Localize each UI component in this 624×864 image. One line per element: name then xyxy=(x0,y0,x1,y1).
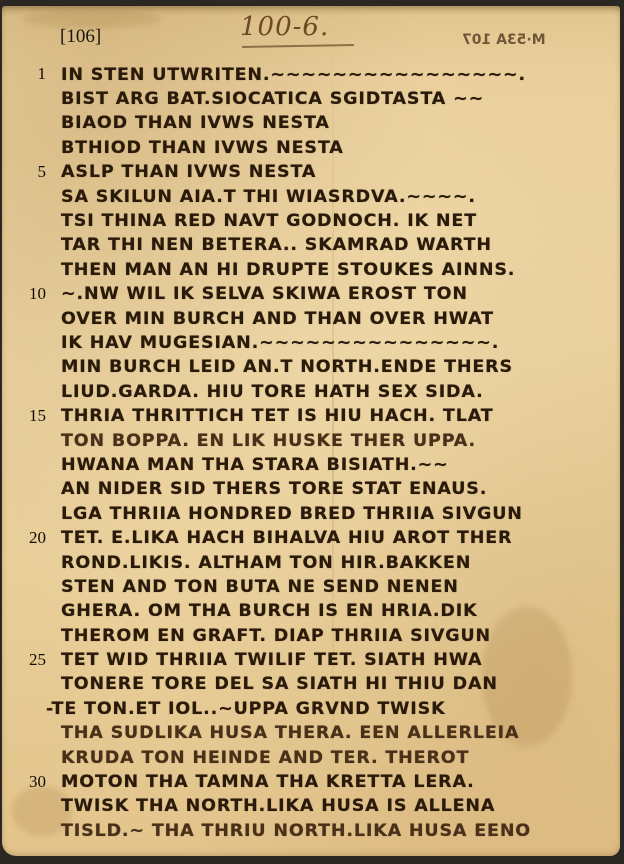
manuscript-line: LIUD.GARDA. HIU TORE HATH SEX SIDA. xyxy=(0,379,624,403)
line-number: 1 xyxy=(22,64,46,84)
manuscript-line: THEROM EN GRAFT. DIAP THRIIA SIVGUN xyxy=(0,623,624,647)
manuscript-line: HWANA MAN THA STARA BISIATH.~~ xyxy=(0,452,624,476)
line-text: TISLD.~ THA THRIU NORTH.LIKA HUSA EENO xyxy=(61,821,531,840)
manuscript-line: -TE TON.ET IOL..~UPPA GRVND TWISK xyxy=(0,696,624,720)
line-text: IK HAV MUGESIAN.~~~~~~~~~~~~~~~. xyxy=(61,333,499,352)
line-text: TAR THI NEN BETERA.. SKAMRAD WARTH xyxy=(61,235,492,254)
manuscript-line: TSI THINA RED NAVT GODNOCH. IK NET xyxy=(0,208,624,232)
manuscript-line: 25TET WID THRIIA TWILIF TET. SIATH HWA xyxy=(0,647,624,671)
manuscript-line: 1IN STEN UTWRITEN.~~~~~~~~~~~~~~~~. xyxy=(0,62,624,86)
line-text: BIST ARG BAT.SIOCATICA SGIDTASTA ~~ xyxy=(61,89,484,108)
line-number: 25 xyxy=(22,650,46,670)
line-text: TON BOPPA. EN LIK HUSKE THER UPPA. xyxy=(61,431,476,450)
line-number: 15 xyxy=(22,406,46,426)
folio-number: 100-6. xyxy=(240,12,329,42)
line-number: 5 xyxy=(22,162,46,182)
mirrored-bleedthrough-note: M·53A 107 xyxy=(462,32,546,48)
line-text: STEN AND TON BUTA NE SEND NENEN xyxy=(61,577,459,596)
line-text: THEROM EN GRAFT. DIAP THRIIA SIVGUN xyxy=(61,626,491,645)
manuscript-line: THEN MAN AN HI DRUPTE STOUKES AINNS. xyxy=(0,257,624,281)
line-text: TET. E.LIKA HACH BIHALVA HIU AROT THER xyxy=(61,528,512,547)
line-text: HWANA MAN THA STARA BISIATH.~~ xyxy=(61,455,449,474)
line-text: LIUD.GARDA. HIU TORE HATH SEX SIDA. xyxy=(61,382,484,401)
manuscript-line: BTHIOD THAN IVWS NESTA xyxy=(0,135,624,159)
scan-background: [106] 100-6. M·53A 107 1IN STEN UTWRITEN… xyxy=(0,0,624,864)
manuscript-line: LGA THRIIA HONDRED BRED THRIIA SIVGUN xyxy=(0,501,624,525)
manuscript-line: TAR THI NEN BETERA.. SKAMRAD WARTH xyxy=(0,233,624,257)
manuscript-line: MIN BURCH LEID AN.T NORTH.ENDE THERS xyxy=(0,355,624,379)
manuscript-line: THA SUDLIKA HUSA THERA. EEN ALLERLEIA xyxy=(0,721,624,745)
line-text: ROND.LIKIS. ALTHAM TON HIR.BAKKEN xyxy=(61,553,471,572)
line-text: AN NIDER SID THERS TORE STAT ENAUS. xyxy=(61,479,487,498)
line-text: TSI THINA RED NAVT GODNOCH. IK NET xyxy=(61,211,477,230)
line-text: -TE TON.ET IOL..~UPPA GRVND TWISK xyxy=(46,699,446,718)
manuscript-line: 5ASLP THAN IVWS NESTA xyxy=(0,160,624,184)
line-text: MIN BURCH LEID AN.T NORTH.ENDE THERS xyxy=(61,357,513,376)
line-number: 20 xyxy=(22,528,46,548)
manuscript-line: ROND.LIKIS. ALTHAM TON HIR.BAKKEN xyxy=(0,550,624,574)
manuscript-line: 30MOTON THA TAMNA THA KRETTA LERA. xyxy=(0,769,624,793)
manuscript-line: AN NIDER SID THERS TORE STAT ENAUS. xyxy=(0,477,624,501)
line-text: THRIA THRITTICH TET IS HIU HACH. TLAT xyxy=(61,406,494,425)
line-number: 10 xyxy=(22,284,46,304)
manuscript-line: TWISK THA NORTH.LIKA HUSA IS ALLENA xyxy=(0,794,624,818)
line-text: OVER MIN BURCH AND THAN OVER HWAT xyxy=(61,309,494,328)
line-text: SA SKILUN AIA.T THI WIASRDVA.~~~~. xyxy=(61,187,476,206)
manuscript-line: OVER MIN BURCH AND THAN OVER HWAT xyxy=(0,306,624,330)
line-text: ~.NW WIL IK SELVA SKIWA EROST TON xyxy=(61,284,468,303)
line-text: KRUDA TON HEINDE AND TER. THEROT xyxy=(61,748,469,767)
manuscript-line: KRUDA TON HEINDE AND TER. THEROT xyxy=(0,745,624,769)
manuscript-line: STEN AND TON BUTA NE SEND NENEN xyxy=(0,574,624,598)
line-text: TONERE TORE DEL SA SIATH HI THIU DAN xyxy=(61,674,498,693)
manuscript-line: GHERA. OM THA BURCH IS EN HRIA.DIK xyxy=(0,599,624,623)
line-text: LGA THRIIA HONDRED BRED THRIIA SIVGUN xyxy=(61,504,523,523)
manuscript-line: IK HAV MUGESIAN.~~~~~~~~~~~~~~~. xyxy=(0,330,624,354)
manuscript-line: 10~.NW WIL IK SELVA SKIWA EROST TON xyxy=(0,282,624,306)
manuscript-line: BIAOD THAN IVWS NESTA xyxy=(0,111,624,135)
manuscript-line: TONERE TORE DEL SA SIATH HI THIU DAN xyxy=(0,672,624,696)
line-text: TWISK THA NORTH.LIKA HUSA IS ALLENA xyxy=(61,796,495,815)
line-text: BTHIOD THAN IVWS NESTA xyxy=(61,138,344,157)
line-text: THEN MAN AN HI DRUPTE STOUKES AINNS. xyxy=(61,260,515,279)
line-text: MOTON THA TAMNA THA KRETTA LERA. xyxy=(61,772,475,791)
manuscript-line: 15THRIA THRITTICH TET IS HIU HACH. TLAT xyxy=(0,403,624,427)
line-text: THA SUDLIKA HUSA THERA. EEN ALLERLEIA xyxy=(61,723,519,742)
line-text: BIAOD THAN IVWS NESTA xyxy=(61,113,330,132)
line-text: ASLP THAN IVWS NESTA xyxy=(61,162,316,181)
manuscript-line: TON BOPPA. EN LIK HUSKE THER UPPA. xyxy=(0,428,624,452)
line-text: GHERA. OM THA BURCH IS EN HRIA.DIK xyxy=(61,601,478,620)
line-number: 30 xyxy=(22,772,46,792)
manuscript-line: SA SKILUN AIA.T THI WIASRDVA.~~~~. xyxy=(0,184,624,208)
page-reference: [106] xyxy=(60,26,101,48)
manuscript-text: 1IN STEN UTWRITEN.~~~~~~~~~~~~~~~~. BIST… xyxy=(0,62,624,843)
line-text: TET WID THRIIA TWILIF TET. SIATH HWA xyxy=(61,650,482,669)
manuscript-line: BIST ARG BAT.SIOCATICA SGIDTASTA ~~ xyxy=(0,86,624,110)
line-text: IN STEN UTWRITEN.~~~~~~~~~~~~~~~~. xyxy=(61,65,526,84)
manuscript-line: TISLD.~ THA THRIU NORTH.LIKA HUSA EENO xyxy=(0,818,624,842)
manuscript-line: 20TET. E.LIKA HACH BIHALVA HIU AROT THER xyxy=(0,525,624,549)
